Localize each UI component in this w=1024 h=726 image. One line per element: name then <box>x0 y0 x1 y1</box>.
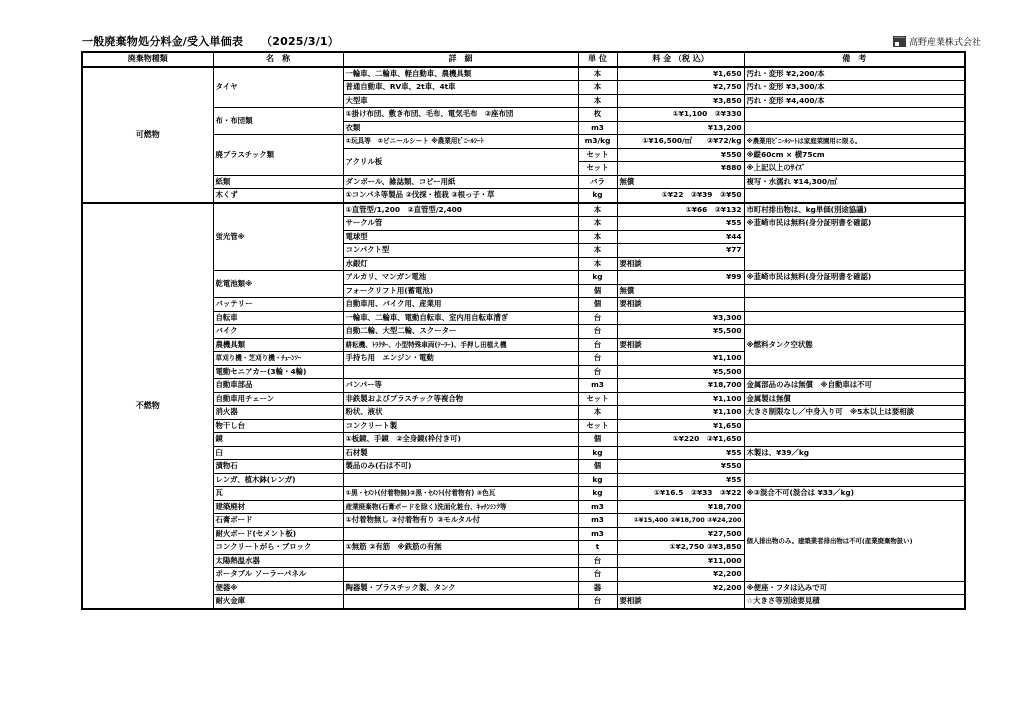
item-note <box>744 108 965 122</box>
item-name: 石膏ボード <box>213 514 343 528</box>
item-detail: 一輪車、二輪車、電動自転車、室内用自転車漕ぎ <box>343 311 578 325</box>
item-note: ※縦60cm × 横75cm <box>744 148 965 162</box>
item-unit: 台 <box>578 554 617 568</box>
item-unit: kg <box>578 189 617 203</box>
item-price: ¥2,750 <box>617 81 744 95</box>
item-detail: 陶器製・プラスチック製、タンク <box>343 581 578 595</box>
table-row: 物干し台 コンクリート製 セット ¥1,650 <box>82 419 965 433</box>
item-price: 要相談 <box>617 595 744 609</box>
item-note: ☆大きさ等別途要見積 <box>744 595 965 609</box>
item-detail: 自動二輪、大型二輪、スクーター <box>343 325 578 339</box>
table-row: レンガ、植木鉢(レンガ) kg ¥55 <box>82 473 965 487</box>
item-name: 農機具類 <box>213 338 343 352</box>
table-row: 自動車用チェーン 非鉄製およびプラスチック等複合物 セット ¥1,100 金属製… <box>82 392 965 406</box>
item-unit: 台 <box>578 595 617 609</box>
item-price: ¥1,100 <box>617 392 744 406</box>
item-note <box>744 121 965 135</box>
item-name: 自動車部品 <box>213 379 343 393</box>
item-detail: 非鉄製およびプラスチック等複合物 <box>343 392 578 406</box>
item-price: ¥1,100 <box>617 406 744 420</box>
item-name: 耐火金庫 <box>213 595 343 609</box>
item-unit: m3 <box>578 500 617 514</box>
item-note <box>744 419 965 433</box>
item-unit: 本 <box>578 94 617 108</box>
item-name: コンクリートがら・ブロック <box>213 541 343 555</box>
item-note: ※上記以上のｻｲｽﾞ <box>744 162 965 176</box>
item-unit: 本 <box>578 257 617 271</box>
table-row: 布・布団類 ①掛け布団、敷き布団、毛布、電気毛布 ②座布団 枚 ①¥1,100 … <box>82 108 965 122</box>
item-unit: m3/kg <box>578 135 617 149</box>
item-note: ※便座・フタは込みで可 <box>744 581 965 595</box>
item-name: バイク <box>213 325 343 339</box>
item-price: ¥44 <box>617 230 744 244</box>
item-price: ¥550 <box>617 148 744 162</box>
item-unit: 本 <box>578 203 617 217</box>
item-detail <box>343 568 578 582</box>
item-name: 漬物石 <box>213 460 343 474</box>
item-unit: 台 <box>578 352 617 366</box>
item-name: タイヤ <box>213 67 343 108</box>
item-unit: kg <box>578 487 617 501</box>
item-detail: 粉状、液状 <box>343 406 578 420</box>
item-price: ¥55 <box>617 217 744 231</box>
item-note: 汚れ・変形 ¥3,300/本 <box>744 81 965 95</box>
item-price: ①¥15,400 ②¥18,700 ③¥24,200 <box>617 514 744 528</box>
item-price: ¥1,650 <box>617 419 744 433</box>
item-name: 草刈り機・芝刈り機・ﾁｪｰﾝｿｰ <box>213 352 343 366</box>
table-row: 臼 石材製 kg ¥55 木製は、¥39／kg <box>82 446 965 460</box>
item-price: ¥27,500 <box>617 527 744 541</box>
item-price: ¥18,700 <box>617 500 744 514</box>
item-price: ¥55 <box>617 473 744 487</box>
item-price: ¥3,300 <box>617 311 744 325</box>
table-row: 便器※ 陶器製・プラスチック製、タンク 器 ¥2,200 ※便座・フタは込みで可 <box>82 581 965 595</box>
item-price: ①¥1,100 ②¥330 <box>617 108 744 122</box>
item-price: ①¥22 ②¥39 ③¥50 <box>617 189 744 203</box>
item-detail: 耕耘機、ﾄﾗｸﾀｰ、小型特殊車両(ﾃｰﾗｰ)、手押し田植え機 <box>343 338 578 352</box>
item-unit: kg <box>578 446 617 460</box>
item-unit: 本 <box>578 244 617 258</box>
price-table: 廃棄物種類 名 称 詳 細 単 位 料 金 （税 込） 備 考 可燃物 タイヤ … <box>81 51 966 610</box>
col-header-detail: 詳 細 <box>343 52 578 67</box>
item-detail: 自動車用、バイク用、産業用 <box>343 298 578 312</box>
item-price: ①¥2,750 ②¥3,850 <box>617 541 744 555</box>
item-detail: 電球型 <box>343 230 578 244</box>
col-header-notes: 備 考 <box>744 52 965 67</box>
table-row: 廃プラスチック類 ①玩具等 ②ビニールシート ※農業用ﾋﾞﾆｰﾙｼｰﾄ m3/k… <box>82 135 965 149</box>
item-detail <box>343 365 578 379</box>
item-note: 市町村排出物は、kg単価(別途協議) <box>744 203 965 217</box>
item-unit: m3 <box>578 527 617 541</box>
item-price: ①¥16.5 ②¥33 ③¥22 <box>617 487 744 501</box>
table-row: バイク 自動二輪、大型二輪、スクーター 台 ¥5,500 ※燃料タンク空状態 <box>82 325 965 339</box>
table-row: 鏡 ①板鏡、手鏡 ②全身鏡(枠付き可) 個 ①¥220 ②¥1,650 <box>82 433 965 447</box>
item-detail: 手持ち用 エンジン・電動 <box>343 352 578 366</box>
item-unit: 本 <box>578 230 617 244</box>
item-detail: ①コンパネ等製品 ②伐採・植栽 ③根っ子・草 <box>343 189 578 203</box>
item-unit: m3 <box>578 514 617 528</box>
item-price: ¥5,500 <box>617 325 744 339</box>
item-name: 自動車用チェーン <box>213 392 343 406</box>
item-name: 便器※ <box>213 581 343 595</box>
item-price: ¥5,500 <box>617 365 744 379</box>
table-row: 自転車 一輪車、二輪車、電動自転車、室内用自転車漕ぎ 台 ¥3,300 <box>82 311 965 325</box>
table-row: 消火器 粉状、液状 本 ¥1,100 大きさ制限なし／中身入り可 ※5本以上は要… <box>82 406 965 420</box>
item-name: 乾電池類※ <box>213 271 343 298</box>
item-detail: コンクリート製 <box>343 419 578 433</box>
item-note: ※農業用ﾋﾞﾆｰﾙｼｰﾄは家庭菜園用に限る。 <box>744 135 965 149</box>
item-name: 布・布団類 <box>213 108 343 135</box>
item-unit: 本 <box>578 81 617 95</box>
item-unit: 個 <box>578 460 617 474</box>
table-row: 建築廃材 産業廃棄物(石膏ボードを除く)洗面化粧台、ｷｯﾁﾝｼﾝｸ等 m3 ¥1… <box>82 500 965 514</box>
item-note <box>744 298 965 312</box>
table-row: 不燃物 蛍光管※ ①直管型/1,200 ②直管型/2,400 本 ①¥66 ②¥… <box>82 203 965 217</box>
item-note <box>744 284 965 298</box>
company-logo: 高野産業株式会社 <box>893 35 981 48</box>
item-detail: フォークリフト用(蓄電池) <box>343 284 578 298</box>
item-price: ①¥220 ②¥1,650 <box>617 433 744 447</box>
table-row: 紙類 ダンボール、雑誌類、コピー用紙 バラ 無償 複写・水濡れ ¥14,300/… <box>82 175 965 189</box>
item-name: 蛍光管※ <box>213 203 343 271</box>
item-unit: 個 <box>578 433 617 447</box>
item-detail: コンパクト型 <box>343 244 578 258</box>
item-name: 木くず <box>213 189 343 203</box>
item-unit: 個 <box>578 298 617 312</box>
item-detail: ダンボール、雑誌類、コピー用紙 <box>343 175 578 189</box>
item-detail: アルカリ、マンガン電池 <box>343 271 578 285</box>
item-detail: バンパー等 <box>343 379 578 393</box>
item-unit: 台 <box>578 568 617 582</box>
item-unit: 台 <box>578 365 617 379</box>
item-note <box>744 189 965 203</box>
item-price: ¥13,200 <box>617 121 744 135</box>
item-unit: 台 <box>578 325 617 339</box>
item-unit: m3 <box>578 379 617 393</box>
item-note <box>744 460 965 474</box>
table-row: 乾電池類※ アルカリ、マンガン電池 kg ¥99 ※韮崎市民は無料(身分証明書を… <box>82 271 965 285</box>
category-combustible: 可燃物 <box>82 67 213 203</box>
item-detail: ①黒・ｾﾒﾝﾄ(付着物無)②黒・ｾﾒﾝﾄ(付着物有) ③色瓦 <box>343 487 578 501</box>
item-name: 廃プラスチック類 <box>213 135 343 176</box>
item-name: 太陽熱温水器 <box>213 554 343 568</box>
item-unit: 本 <box>578 67 617 81</box>
item-unit: 台 <box>578 311 617 325</box>
item-price: ¥77 <box>617 244 744 258</box>
col-header-name: 名 称 <box>213 52 343 67</box>
table-row: 自動車部品 バンパー等 m3 ¥18,700 金属部品のみは無償 ※自動車は不可 <box>82 379 965 393</box>
item-detail: ①掛け布団、敷き布団、毛布、電気毛布 ②座布団 <box>343 108 578 122</box>
table-header-row: 廃棄物種類 名 称 詳 細 単 位 料 金 （税 込） 備 考 <box>82 52 965 67</box>
item-price: ¥18,700 <box>617 379 744 393</box>
table-row: 木くず ①コンパネ等製品 ②伐採・植栽 ③根っ子・草 kg ①¥22 ②¥39 … <box>82 189 965 203</box>
table-row: 電動セニアカー(3輪・4輪) 台 ¥5,500 <box>82 365 965 379</box>
item-detail: ①直管型/1,200 ②直管型/2,400 <box>343 203 578 217</box>
item-note: ※燃料タンク空状態 <box>744 325 965 366</box>
item-note: ※韮崎市民は無料(身分証明書を確認) <box>744 271 965 285</box>
page-title: 一般廃棄物処分料金/受入単価表（2025/3/1） <box>82 33 339 49</box>
item-note <box>744 365 965 379</box>
item-note: 金属製は無償 <box>744 392 965 406</box>
item-unit: セット <box>578 419 617 433</box>
table-row: バッテリー 自動車用、バイク用、産業用 個 要相談 <box>82 298 965 312</box>
item-price: 要相談 <box>617 338 744 352</box>
col-header-price: 料 金 （税 込） <box>617 52 744 67</box>
item-unit: セット <box>578 148 617 162</box>
item-detail: 大型車 <box>343 94 578 108</box>
item-unit: 枚 <box>578 108 617 122</box>
item-note: 複写・水濡れ ¥14,300/㎥ <box>744 175 965 189</box>
item-detail: ①無筋 ②有筋 ※鉄筋の有無 <box>343 541 578 555</box>
item-name: 紙類 <box>213 175 343 189</box>
item-name: 電動セニアカー(3輪・4輪) <box>213 365 343 379</box>
item-detail: 一輪車、二輪車、軽自動車、農機具類 <box>343 67 578 81</box>
table-row: 漬物石 製品のみ(石は不可) 個 ¥550 <box>82 460 965 474</box>
item-detail <box>343 527 578 541</box>
item-note: 汚れ・変形 ¥2,200/本 <box>744 67 965 81</box>
table-row: 瓦 ①黒・ｾﾒﾝﾄ(付着物無)②黒・ｾﾒﾝﾄ(付着物有) ③色瓦 kg ①¥16… <box>82 487 965 501</box>
item-unit: t <box>578 541 617 555</box>
item-note <box>744 433 965 447</box>
item-note: 個人排出物のみ。建築業者排出物は不可(産業廃棄物扱い) <box>744 500 965 581</box>
item-unit: 本 <box>578 406 617 420</box>
item-unit: kg <box>578 473 617 487</box>
item-unit: 台 <box>578 338 617 352</box>
item-unit: m3 <box>578 121 617 135</box>
item-unit: 個 <box>578 284 617 298</box>
item-detail: ①付着物無し ②付着物有り ③モルタル付 <box>343 514 578 528</box>
item-detail: サークル管 <box>343 217 578 231</box>
item-detail: 石材製 <box>343 446 578 460</box>
item-price: ¥1,650 <box>617 67 744 81</box>
item-name: 鏡 <box>213 433 343 447</box>
item-price: ¥55 <box>617 446 744 460</box>
item-detail: 製品のみ(石は不可) <box>343 460 578 474</box>
item-detail: 産業廃棄物(石膏ボードを除く)洗面化粧台、ｷｯﾁﾝｼﾝｸ等 <box>343 500 578 514</box>
item-detail: ①板鏡、手鏡 ②全身鏡(枠付き可) <box>343 433 578 447</box>
item-detail: ①玩具等 ②ビニールシート ※農業用ﾋﾞﾆｰﾙｼｰﾄ <box>343 135 578 149</box>
table-row: 耐火金庫 台 要相談 ☆大きさ等別途要見積 <box>82 595 965 609</box>
company-name: 高野産業株式会社 <box>909 35 981 48</box>
item-note: ※③混合不可(混合は ¥33／kg) <box>744 487 965 501</box>
title-text: 一般廃棄物処分料金/受入単価表 <box>82 35 243 48</box>
category-noncombustible: 不燃物 <box>82 203 213 609</box>
item-name: 消火器 <box>213 406 343 420</box>
table-row: 可燃物 タイヤ 一輪車、二輪車、軽自動車、農機具類 本 ¥1,650 汚れ・変形… <box>82 67 965 81</box>
item-note: 大きさ制限なし／中身入り可 ※5本以上は要相談 <box>744 406 965 420</box>
item-price: 無償 <box>617 284 744 298</box>
item-price: ¥550 <box>617 460 744 474</box>
item-note: 金属部品のみは無償 ※自動車は不可 <box>744 379 965 393</box>
item-price: ¥11,000 <box>617 554 744 568</box>
item-unit: バラ <box>578 175 617 189</box>
item-name: 耐火ボード(セメント板) <box>213 527 343 541</box>
item-note: ※韮崎市民は無料(身分証明書を確認) <box>744 217 965 271</box>
item-price: ¥2,200 <box>617 568 744 582</box>
item-price: 要相談 <box>617 298 744 312</box>
item-unit: kg <box>578 271 617 285</box>
item-unit: セット <box>578 162 617 176</box>
item-unit: セット <box>578 392 617 406</box>
item-unit: 本 <box>578 217 617 231</box>
item-name: ポータブル ソーラーパネル <box>213 568 343 582</box>
item-price: 要相談 <box>617 257 744 271</box>
effective-date: （2025/3/1） <box>261 35 339 48</box>
item-name: バッテリー <box>213 298 343 312</box>
item-price: ¥3,850 <box>617 94 744 108</box>
item-detail: 衣類 <box>343 121 578 135</box>
item-detail <box>343 595 578 609</box>
item-detail <box>343 473 578 487</box>
item-detail: 水銀灯 <box>343 257 578 271</box>
item-name: 瓦 <box>213 487 343 501</box>
item-note <box>744 473 965 487</box>
item-note: 木製は、¥39／kg <box>744 446 965 460</box>
item-unit: 器 <box>578 581 617 595</box>
item-name: レンガ、植木鉢(レンガ) <box>213 473 343 487</box>
item-price: ¥1,100 <box>617 352 744 366</box>
item-detail <box>343 554 578 568</box>
col-header-unit: 単 位 <box>578 52 617 67</box>
item-name: 建築廃材 <box>213 500 343 514</box>
company-logo-icon <box>893 36 906 47</box>
item-note: 汚れ・変形 ¥4,400/本 <box>744 94 965 108</box>
item-name: 物干し台 <box>213 419 343 433</box>
item-price: ¥2,200 <box>617 581 744 595</box>
item-name: 臼 <box>213 446 343 460</box>
item-note <box>744 311 965 325</box>
item-name: 自転車 <box>213 311 343 325</box>
item-price: 無償 <box>617 175 744 189</box>
item-detail: アクリル板 <box>343 148 578 175</box>
item-price: ¥99 <box>617 271 744 285</box>
item-price: ①¥16,500/㎥ ②¥72/kg <box>617 135 744 149</box>
item-price: ①¥66 ②¥132 <box>617 203 744 217</box>
col-header-category: 廃棄物種類 <box>82 52 213 67</box>
item-price: ¥880 <box>617 162 744 176</box>
item-detail: 普通自動車、RV車、2t車、4t車 <box>343 81 578 95</box>
